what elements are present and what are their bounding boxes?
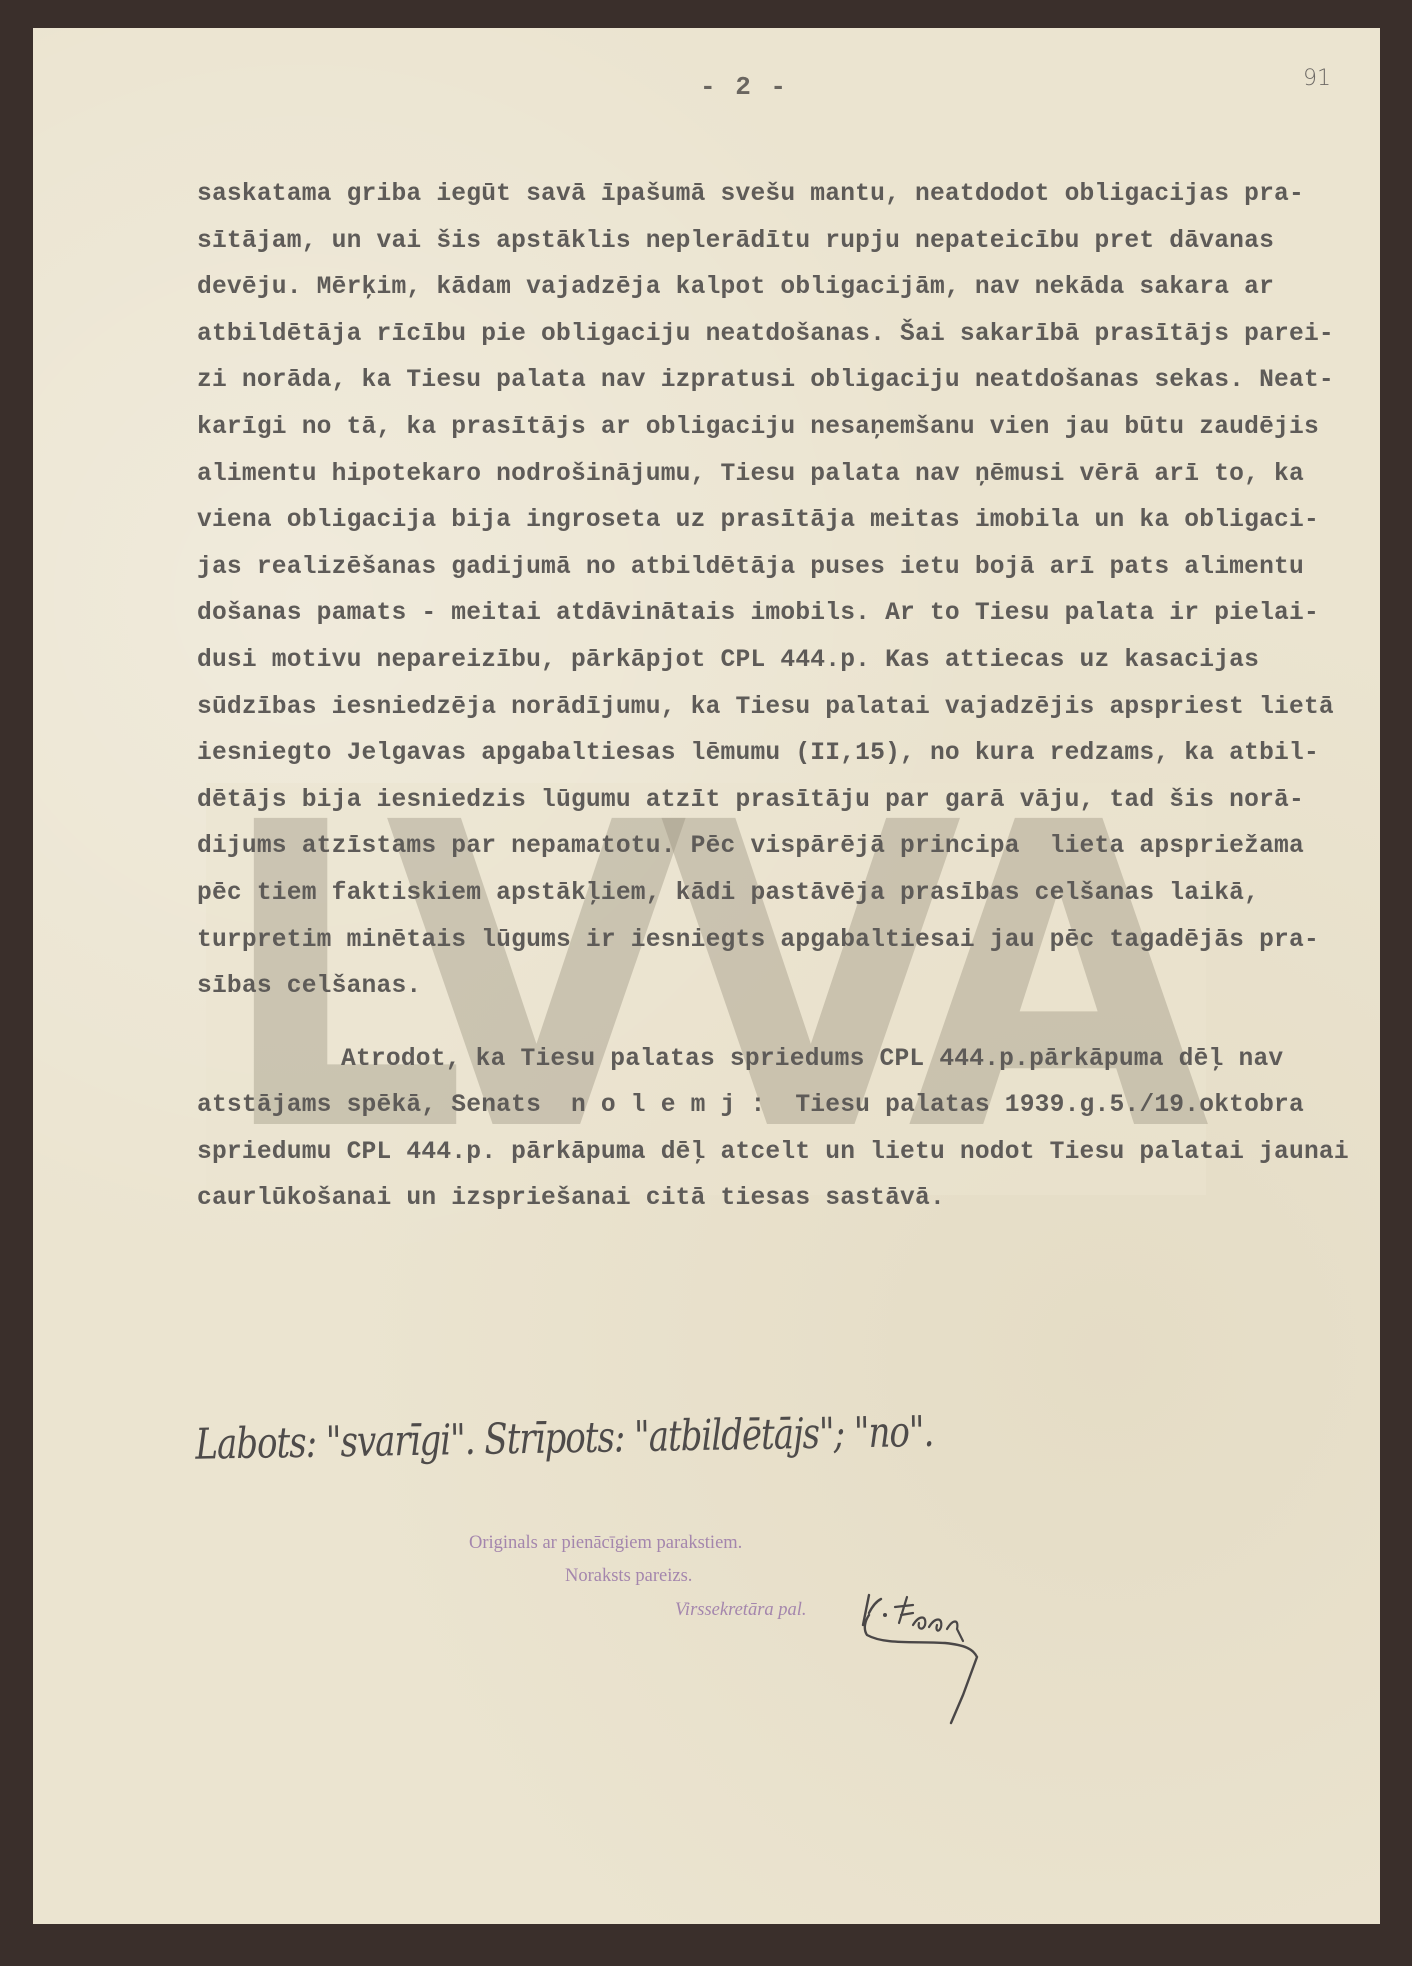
body-line: jas realizēšanas gadijumā no atbildētāja… <box>197 545 1347 592</box>
page-number: - 2 - <box>700 72 788 102</box>
body-line: viena obligacija bija ingroseta uz prasī… <box>197 498 1347 545</box>
body-line: iesniegto Jelgavas apgabaltiesas lēmumu … <box>197 731 1347 778</box>
conclusion-line: caurlūkošanai un izspriešanai citā tiesa… <box>197 1176 1347 1223</box>
body-line: sūdzības iesniedzēja norādījumu, ka Ties… <box>197 685 1347 732</box>
body-line: devēju. Mērķim, kādam vajadzēja kalpot o… <box>197 265 1347 312</box>
conclusion-line: atstājams spēkā, Senats n o l e m j : Ti… <box>197 1083 1347 1130</box>
body-line: dijums atzīstams par nepamatotu. Pēc vis… <box>197 824 1347 871</box>
stamp-secretary-line: Virssekretāra pal. <box>675 1600 807 1621</box>
conclusion-line: spriedumu CPL 444.p. pārkāpuma dēļ atcel… <box>197 1130 1347 1177</box>
body-line: atbildētāja rīcību pie obligaciju neatdo… <box>197 312 1347 359</box>
body-line: saskatama griba iegūt savā īpašumā svešu… <box>197 172 1347 219</box>
body-line: zi norāda, ka Tiesu palata nav izpratusi… <box>197 358 1347 405</box>
body-line: sības celšanas. <box>197 964 1347 1011</box>
body-line: dētājs bija iesniedzis lūgumu atzīt pras… <box>197 778 1347 825</box>
body-line: karīgi no tā, ka prasītājs ar obligaciju… <box>197 405 1347 452</box>
body-line: sītājam, un vai šis apstāklis neplerādīt… <box>197 219 1347 266</box>
folio-number: 91 <box>1303 66 1331 91</box>
body-line: došanas pamats - meitai atdāvinātais imo… <box>197 591 1347 638</box>
body-line: pēc tiem faktiskiem apstākļiem, kādi pas… <box>197 871 1347 918</box>
body-line: alimentu hipotekaro nodrošinājumu, Tiesu… <box>197 452 1347 499</box>
typed-body: saskatama griba iegūt savā īpašumā svešu… <box>197 172 1347 1223</box>
stamp-originals-line: Originals ar pienācīgiem parakstiem. <box>469 1533 742 1554</box>
signature-icon <box>855 1585 1015 1735</box>
conclusion-line: Atrodot, ka Tiesu palatas spriedums CPL … <box>197 1037 1347 1084</box>
body-line: dusi motivu nepareizību, pārkāpjot CPL 4… <box>197 638 1347 685</box>
paragraph-gap <box>197 1011 1347 1037</box>
stamp-copy-correct-line: Noraksts pareizs. <box>565 1566 692 1587</box>
body-line: turpretim minētais lūgums ir iesniegts a… <box>197 918 1347 965</box>
